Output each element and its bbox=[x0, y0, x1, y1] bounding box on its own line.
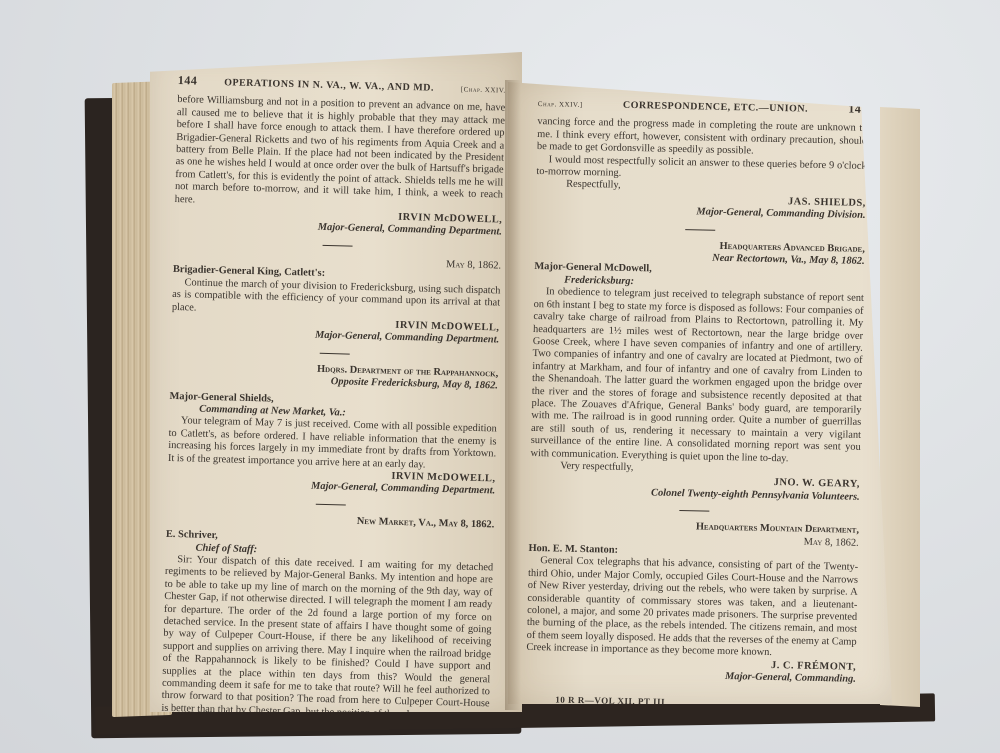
book-gutter-shadow bbox=[505, 80, 521, 710]
left-running-head: 144 OPERATIONS IN N. VA., W. VA., AND MD… bbox=[178, 74, 506, 97]
left-page: 144 OPERATIONS IN N. VA., W. VA., AND MD… bbox=[150, 52, 522, 712]
letter-body: In obedience to telegram just received t… bbox=[530, 286, 864, 467]
chapter-tag: Chap. XXIV.] bbox=[538, 98, 583, 111]
running-head-title: OPERATIONS IN N. VA., W. VA., AND MD. bbox=[224, 77, 434, 95]
section-rule bbox=[679, 510, 709, 512]
running-head-title: CORRESPONDENCE, ETC.—UNION. bbox=[623, 100, 808, 116]
section-rule bbox=[685, 229, 715, 231]
left-page-text: 144 OPERATIONS IN N. VA., W. VA., AND MD… bbox=[161, 74, 506, 724]
page-number: 144 bbox=[178, 74, 198, 87]
right-running-head: Chap. XXIV.] CORRESPONDENCE, ETC.—UNION.… bbox=[538, 96, 868, 117]
letter-body: General Cox telegraphs that his advance,… bbox=[526, 555, 858, 661]
letter-body: Sir: Your dispatch of this date received… bbox=[161, 554, 493, 724]
continuation-paragraph: vancing force and the progress made in c… bbox=[537, 116, 868, 160]
page-number: 145 bbox=[848, 103, 868, 116]
letter-dateline: New Market, Va., May 8, 1862. bbox=[166, 511, 494, 532]
continuation-paragraph: before Williamsburg and not in a positio… bbox=[175, 94, 506, 214]
photo-scene: 144 OPERATIONS IN N. VA., W. VA., AND MD… bbox=[0, 0, 1000, 753]
right-page: Chap. XXIV.] CORRESPONDENCE, ETC.—UNION.… bbox=[508, 82, 892, 704]
right-page-text: Chap. XXIV.] CORRESPONDENCE, ETC.—UNION.… bbox=[525, 96, 868, 713]
section-rule bbox=[316, 504, 346, 506]
section-rule bbox=[323, 245, 353, 247]
letter-body: Your telegram of May 7 is just received.… bbox=[168, 415, 497, 473]
section-rule bbox=[320, 353, 350, 355]
chapter-tag: [Chap. XXIV. bbox=[461, 83, 506, 97]
